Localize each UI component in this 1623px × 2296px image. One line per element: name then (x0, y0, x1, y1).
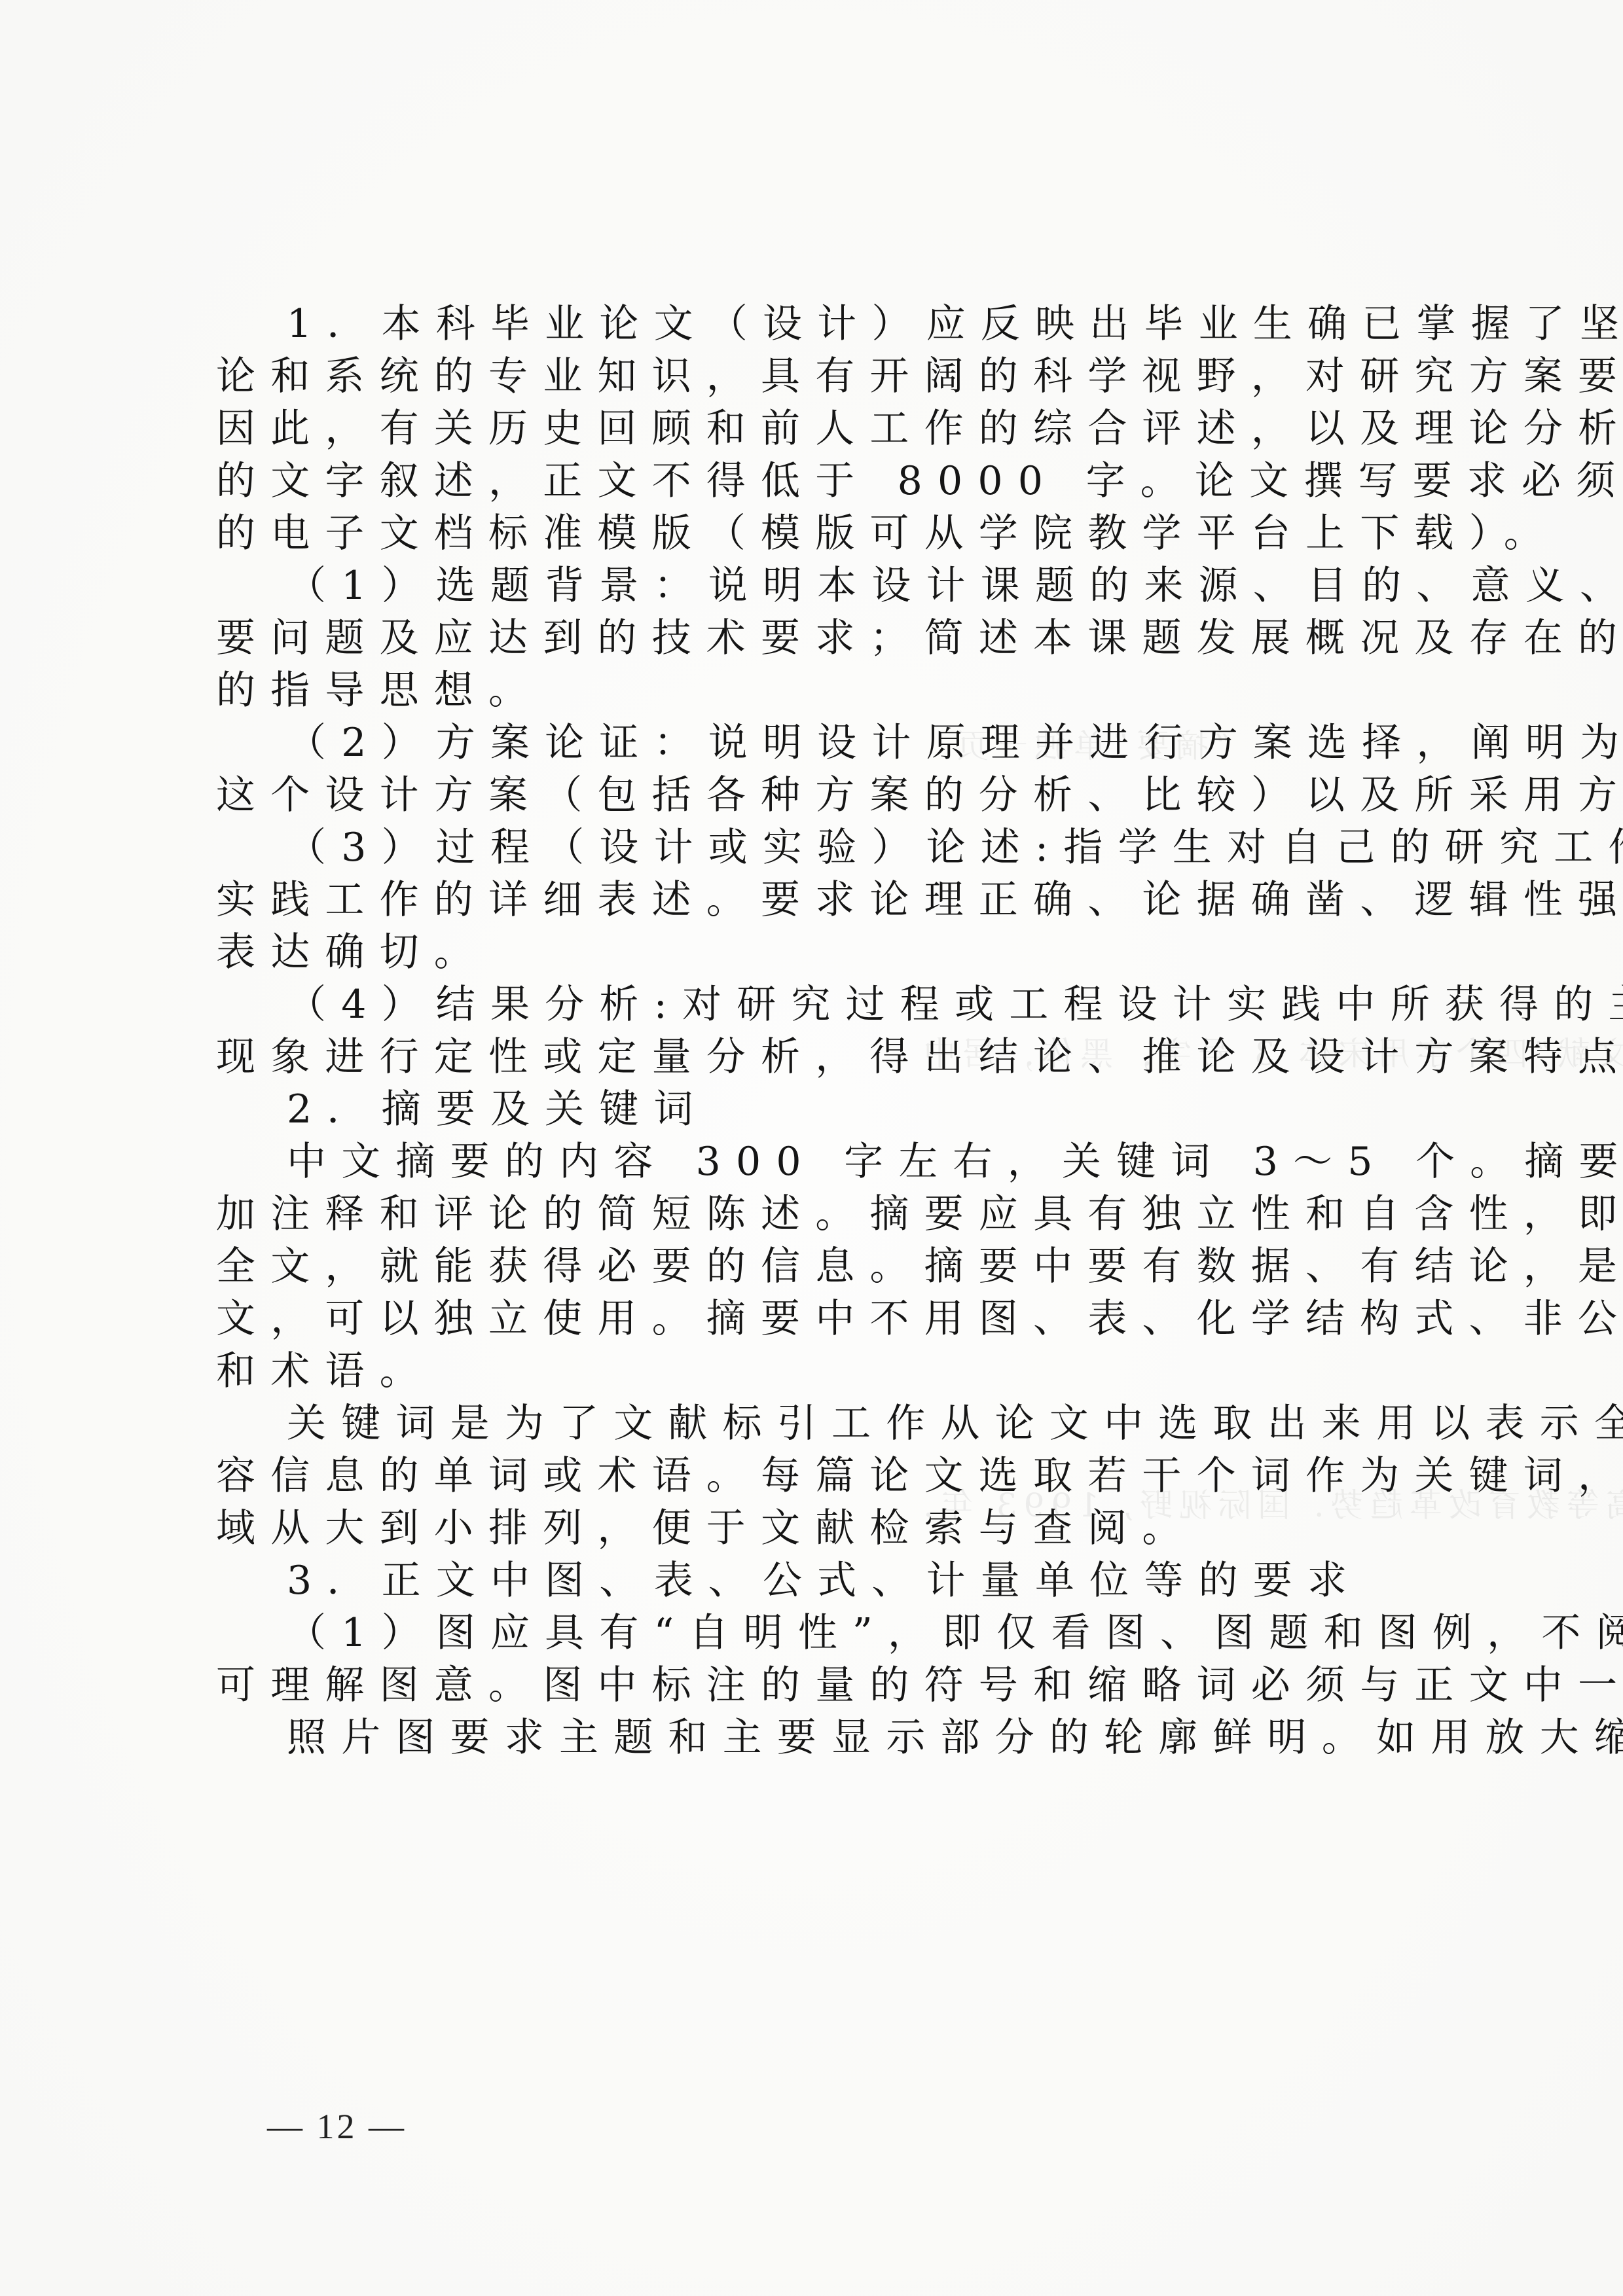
paragraph-line: 域从大到小排列，便于文献检索与查阅。 (216, 1502, 1421, 1554)
paragraph-line: （4）结果分析:对研究过程或工程设计实践中所获得的主要的数据、 (216, 978, 1421, 1031)
section-heading: 3．正文中图、表、公式、计量单位等的要求 (216, 1554, 1421, 1607)
paragraph-line: （2）方案论证：说明设计原理并进行方案选择，阐明为什么要选择 (216, 717, 1421, 769)
paragraph-line: 容信息的单词或术语。每篇论文选取若干个词作为关键词，涉及的内容领 (216, 1450, 1421, 1502)
page-number: — 12 — (267, 2106, 407, 2147)
paragraph-line: （1）选题背景：说明本设计课题的来源、目的、意义、应解决的主 (216, 560, 1421, 612)
paragraph-line: 实践工作的详细表述。要求论理正确、论据确凿、逻辑性强、层次分明、 (216, 874, 1421, 926)
paragraph-line: 可理解图意。图中标注的量的符号和缩略词必须与正文中一致。 (216, 1659, 1421, 1712)
paragraph-line: 现象进行定性或定量分析，得出结论、推论及设计方案特点。 (216, 1031, 1421, 1083)
paragraph-line: 和术语。 (216, 1345, 1421, 1397)
paragraph-line: 文，可以独立使用。摘要中不用图、表、化学结构式、非公知公用的符号 (216, 1293, 1421, 1345)
paragraph-line: 的指导思想。 (216, 664, 1421, 717)
paragraph-line: （3）过程（设计或实验）论述:指学生对自己的研究工作或工程设计 (216, 821, 1421, 874)
paragraph-line: 要问题及应达到的技术要求；简述本课题发展概况及存在的问题，本设计 (216, 612, 1421, 664)
body-text: 1．本科毕业论文（设计）应反映出毕业生确已掌握了坚实的基础理 论和系统的专业知识… (216, 298, 1421, 1764)
paragraph-line: 关键词是为了文献标引工作从论文中选取出来用以表示全文主题内 (216, 1397, 1421, 1450)
paragraph-line: 中文摘要的内容 300 字左右，关键词 3～5 个。摘要是论文的内容不 (216, 1136, 1421, 1188)
paragraph-line: （1）图应具有“自明性”，即仅看图、图题和图例，不阅读正文，就 (216, 1607, 1421, 1659)
paragraph-line: 全文，就能获得必要的信息。摘要中要有数据、有结论，是一篇完整的短 (216, 1240, 1421, 1293)
paragraph-line: 1．本科毕业论文（设计）应反映出毕业生确已掌握了坚实的基础理 (216, 298, 1421, 350)
paragraph-line: 这个设计方案（包括各种方案的分析、比较）以及所采用方案的特点。 (216, 769, 1421, 821)
paragraph-line: 的文字叙述，正文不得低于 8000 字。论文撰写要求必须按学院统一规定 (216, 455, 1421, 507)
document-page: “摘要”单独一页 “参考文献”四个字用宋体 3 号字，黑体，居中 [2] 余进辉… (0, 0, 1623, 2296)
paragraph-line: 的电子文档标准模版（模版可从学院教学平台上下载）。 (216, 507, 1421, 560)
paragraph-line: 加注释和评论的简短陈述。摘要应具有独立性和自含性，即不阅读论文的 (216, 1188, 1421, 1240)
section-heading: 2．摘要及关键词 (216, 1083, 1421, 1136)
paragraph-line: 论和系统的专业知识，具有开阔的科学视野，对研究方案要作充分论证， (216, 350, 1421, 403)
paragraph-line: 因此，有关历史回顾和前人工作的综合评述，以及理论分析等，应用足够 (216, 403, 1421, 455)
paragraph-line: 照片图要求主题和主要显示部分的轮廓鲜明。如用放大缩小的复制品， (216, 1712, 1421, 1764)
paragraph-line: 表达确切。 (216, 926, 1421, 978)
